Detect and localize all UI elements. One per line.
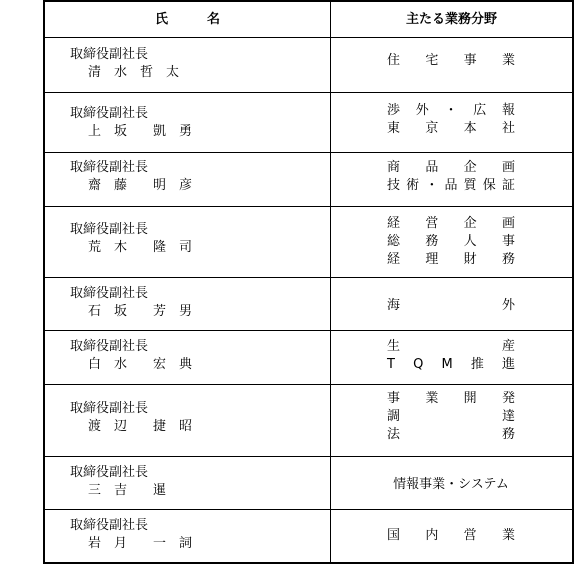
table-row: 取締役副社長齋 藤 明 彦商品企画技術・品質保証 bbox=[45, 153, 572, 207]
table-row: 取締役副社長清 水 哲 太住宅事業 bbox=[45, 38, 572, 93]
officer-title: 取締役副社長 bbox=[70, 46, 179, 64]
duty-text: 報 bbox=[502, 102, 515, 120]
duty-text: 術 bbox=[406, 177, 419, 195]
duty-text: 海 bbox=[387, 297, 400, 315]
duty-line: 経営企画 bbox=[387, 215, 515, 233]
table-row: 取締役副社長三 吉 暹情報事業・システム bbox=[45, 457, 572, 510]
duty-text: 達 bbox=[502, 408, 515, 426]
officer-name: 白 水 宏 典 bbox=[70, 356, 192, 374]
duty-text: 理 bbox=[425, 251, 438, 269]
duty-text: 事 bbox=[387, 390, 400, 408]
duty-line: 技術・品質保証 bbox=[387, 177, 515, 195]
officer-name: 岩 月 一 詞 bbox=[70, 535, 192, 553]
duty-cell: 海外 bbox=[387, 297, 515, 315]
officer-title: 取締役副社長 bbox=[70, 338, 192, 356]
officer-name: 上 坂 凱 勇 bbox=[70, 123, 192, 141]
officer-title: 取締役副社長 bbox=[70, 159, 192, 177]
duty-text: 業 bbox=[502, 527, 515, 545]
duty-text: 内 bbox=[425, 527, 438, 545]
duty-cell: 国内営業 bbox=[387, 527, 515, 545]
duty-text: T bbox=[387, 356, 395, 374]
duty-line: 東京本社 bbox=[387, 120, 515, 138]
officer-title: 取締役副社長 bbox=[70, 464, 166, 482]
officer-title: 取締役副社長 bbox=[70, 517, 192, 535]
duty-line: 渉外・広報 bbox=[387, 102, 515, 120]
duty-cell: 情報事業・システム bbox=[387, 476, 515, 494]
table-header: 氏 名 主たる業務分野 bbox=[45, 2, 572, 38]
duty-text: 画 bbox=[502, 159, 515, 177]
officer-cell: 取締役副社長白 水 宏 典 bbox=[70, 338, 192, 374]
duty-text: 証 bbox=[502, 177, 515, 195]
officer-cell: 取締役副社長齋 藤 明 彦 bbox=[70, 159, 192, 195]
officer-name: 荒 木 隆 司 bbox=[70, 239, 192, 257]
duty-text: 本 bbox=[464, 120, 477, 138]
duty-text: 業 bbox=[425, 390, 438, 408]
officer-name: 清 水 哲 太 bbox=[70, 64, 179, 82]
duty-text: 財 bbox=[464, 251, 477, 269]
duty-text: 品 bbox=[444, 177, 457, 195]
duty-text: 商 bbox=[387, 159, 400, 177]
duty-text: 事 bbox=[502, 233, 515, 251]
duty-text: 事 bbox=[464, 52, 477, 70]
duty-text: 発 bbox=[502, 390, 515, 408]
officer-cell: 取締役副社長上 坂 凱 勇 bbox=[70, 105, 192, 141]
duty-text: 営 bbox=[464, 527, 477, 545]
duty-text: 開 bbox=[464, 390, 477, 408]
duty-text: 技 bbox=[387, 177, 400, 195]
duty-cell: 商品企画技術・品質保証 bbox=[387, 159, 515, 195]
duty-text: ・ bbox=[425, 177, 438, 195]
officer-title: 取締役副社長 bbox=[70, 105, 192, 123]
officer-title: 取締役副社長 bbox=[70, 400, 192, 418]
duty-text: 外 bbox=[416, 102, 429, 120]
duty-text: 生 bbox=[387, 338, 400, 356]
officer-cell: 取締役副社長荒 木 隆 司 bbox=[70, 221, 192, 257]
duty-text: 務 bbox=[425, 233, 438, 251]
table-row: 取締役副社長荒 木 隆 司経営企画総務人事経理財務 bbox=[45, 207, 572, 278]
duty-line: 情報事業・システム bbox=[387, 476, 515, 494]
officer-name: 三 吉 暹 bbox=[70, 482, 166, 500]
duty-text: 広 bbox=[473, 102, 486, 120]
duty-text: 住 bbox=[387, 52, 400, 70]
officer-title: 取締役副社長 bbox=[70, 285, 192, 303]
duty-text: 推 bbox=[471, 356, 484, 374]
duty-line: 商品企画 bbox=[387, 159, 515, 177]
duty-line: 国内営業 bbox=[387, 527, 515, 545]
duty-text: 保 bbox=[483, 177, 496, 195]
duty-text: 産 bbox=[502, 338, 515, 356]
duty-text: 進 bbox=[502, 356, 515, 374]
duty-text: 国 bbox=[387, 527, 400, 545]
duty-text: 務 bbox=[502, 251, 515, 269]
duty-text: 経 bbox=[387, 215, 400, 233]
duty-line: 海外 bbox=[387, 297, 515, 315]
duty-line: 事業開発 bbox=[387, 390, 515, 408]
table-row: 取締役副社長岩 月 一 詞国内営業 bbox=[45, 510, 572, 562]
officer-cell: 取締役副社長渡 辺 捷 昭 bbox=[70, 400, 192, 436]
duty-text: 京 bbox=[425, 120, 438, 138]
duty-line: 調達 bbox=[387, 408, 515, 426]
duty-text: 業 bbox=[502, 52, 515, 70]
duty-line: TQM推進 bbox=[387, 356, 515, 374]
duty-text: 東 bbox=[387, 120, 400, 138]
duty-text: 営 bbox=[425, 215, 438, 233]
duty-text: 総 bbox=[387, 233, 400, 251]
duty-text: ・ bbox=[444, 102, 457, 120]
officer-cell: 取締役副社長岩 月 一 詞 bbox=[70, 517, 192, 553]
duty-text: 社 bbox=[502, 120, 515, 138]
duty-text: 法 bbox=[387, 426, 400, 444]
table-row: 取締役副社長石 坂 芳 男海外 bbox=[45, 278, 572, 331]
duty-cell: 事業開発調達法務 bbox=[387, 390, 515, 444]
duty-text: 人 bbox=[464, 233, 477, 251]
table-row: 取締役副社長白 水 宏 典生産TQM推進 bbox=[45, 331, 572, 385]
duty-text: 企 bbox=[464, 159, 477, 177]
duty-cell: 住宅事業 bbox=[387, 52, 515, 70]
officer-name: 石 坂 芳 男 bbox=[70, 303, 192, 321]
officer-name: 渡 辺 捷 昭 bbox=[70, 418, 192, 436]
officer-cell: 取締役副社長清 水 哲 太 bbox=[70, 46, 179, 82]
duty-text: 務 bbox=[502, 426, 515, 444]
duty-line: 生産 bbox=[387, 338, 515, 356]
duty-text: 質 bbox=[464, 177, 477, 195]
duty-line: 経理財務 bbox=[387, 251, 515, 269]
officers-table: 氏 名 主たる業務分野 取締役副社長清 水 哲 太住宅事業取締役副社長上 坂 凱… bbox=[43, 0, 574, 564]
duty-text: 企 bbox=[464, 215, 477, 233]
duty-cell: 生産TQM推進 bbox=[387, 338, 515, 374]
officer-title: 取締役副社長 bbox=[70, 221, 192, 239]
duty-text: 外 bbox=[502, 297, 515, 315]
duty-text: Q bbox=[413, 356, 423, 374]
duty-text: 品 bbox=[425, 159, 438, 177]
duty-text: 渉 bbox=[387, 102, 400, 120]
header-name: 氏 名 bbox=[45, 2, 330, 37]
duty-line: 総務人事 bbox=[387, 233, 515, 251]
table-row: 取締役副社長上 坂 凱 勇渉外・広報東京本社 bbox=[45, 93, 572, 153]
duty-text: 経 bbox=[387, 251, 400, 269]
header-duty: 主たる業務分野 bbox=[331, 2, 572, 37]
duty-text: 調 bbox=[387, 408, 400, 426]
duty-line: 住宅事業 bbox=[387, 52, 515, 70]
officer-cell: 取締役副社長石 坂 芳 男 bbox=[70, 285, 192, 321]
officer-cell: 取締役副社長三 吉 暹 bbox=[70, 464, 166, 500]
duty-text: 情報事業・システム bbox=[393, 476, 509, 494]
officer-name: 齋 藤 明 彦 bbox=[70, 177, 192, 195]
table-row: 取締役副社長渡 辺 捷 昭事業開発調達法務 bbox=[45, 385, 572, 457]
duty-text: 画 bbox=[502, 215, 515, 233]
duty-cell: 渉外・広報東京本社 bbox=[387, 102, 515, 138]
duty-text: M bbox=[441, 356, 452, 374]
duty-line: 法務 bbox=[387, 426, 515, 444]
duty-text: 宅 bbox=[425, 52, 438, 70]
duty-cell: 経営企画総務人事経理財務 bbox=[387, 215, 515, 269]
